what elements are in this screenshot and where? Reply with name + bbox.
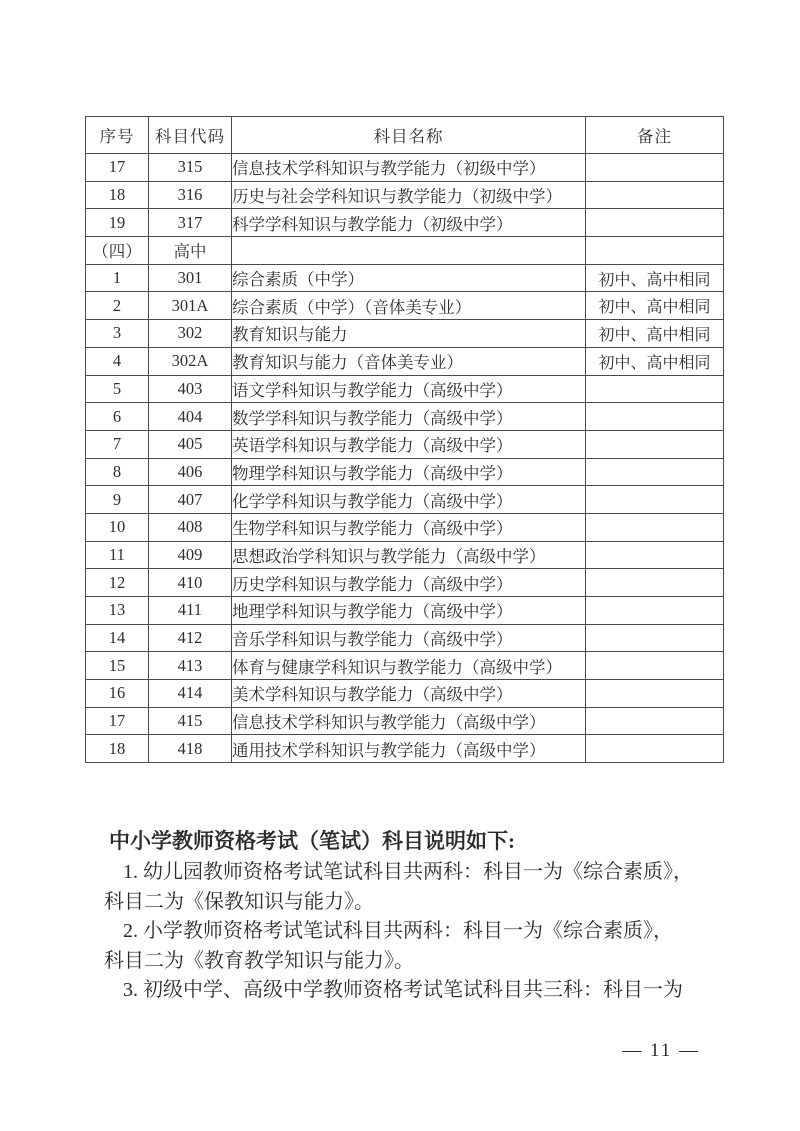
note-cell [586,707,724,735]
table-row: 19317科学学科知识与教学能力（初级中学） [86,209,724,237]
note-cell [586,403,724,431]
note-cell: 初中、高中相同 [586,347,724,375]
name-cell: 物理学科知识与教学能力（高级中学） [232,458,586,486]
seq-cell: 18 [86,181,149,209]
table-row: 7405英语学科知识与教学能力（高级中学） [86,430,724,458]
note-cell [586,375,724,403]
name-cell: 教育知识与能力（音体美专业） [232,347,586,375]
note-cell [586,652,724,680]
table-row: 1301综合素质（中学）初中、高中相同 [86,264,724,292]
name-cell: 音乐学科知识与教学能力（高级中学） [232,624,586,652]
note-line: 1. 幼儿园教师资格考试笔试科目共两科：科目一为《综合素质》， [100,858,725,888]
subject-table: 序号科目代码科目名称备注 17315信息技术学科知识与教学能力（初级中学）183… [85,116,724,763]
note-cell [586,513,724,541]
seq-cell: 15 [86,652,149,680]
table-row: 17315信息技术学科知识与教学能力（初级中学） [86,154,724,182]
note-cell [586,597,724,625]
code-cell: 302A [149,347,232,375]
seq-cell: 14 [86,624,149,652]
seq-cell: 6 [86,403,149,431]
table-row: 10408生物学科知识与教学能力（高级中学） [86,513,724,541]
seq-cell: 8 [86,458,149,486]
table-row: 5403语文学科知识与教学能力（高级中学） [86,375,724,403]
code-cell: 302 [149,320,232,348]
code-cell: 406 [149,458,232,486]
code-cell: 317 [149,209,232,237]
page-number: — 11 — [622,1040,700,1062]
code-cell: 403 [149,375,232,403]
table-row: 12410历史学科知识与教学能力（高级中学） [86,569,724,597]
table-row: 18418通用技术学科知识与教学能力（高级中学） [86,735,724,763]
name-cell: 通用技术学科知识与教学能力（高级中学） [232,735,586,763]
subject-table-body: 17315信息技术学科知识与教学能力（初级中学）18316历史与社会学科知识与教… [86,154,724,763]
note-cell [586,154,724,182]
name-cell: 地理学科知识与教学能力（高级中学） [232,597,586,625]
name-cell: 信息技术学科知识与教学能力（初级中学） [232,154,586,182]
note-cell [586,486,724,514]
code-cell: 410 [149,569,232,597]
table-row: 14412音乐学科知识与教学能力（高级中学） [86,624,724,652]
note-cell [586,541,724,569]
note-cell: 初中、高中相同 [586,264,724,292]
name-cell: 综合素质（中学） [232,264,586,292]
code-cell: 高中 [149,237,232,265]
column-header: 科目名称 [232,117,586,154]
seq-cell: 2 [86,292,149,320]
code-cell: 301 [149,264,232,292]
name-cell: 英语学科知识与教学能力（高级中学） [232,430,586,458]
name-cell [232,237,586,265]
note-cell: 初中、高中相同 [586,292,724,320]
table-row: 13411地理学科知识与教学能力（高级中学） [86,597,724,625]
note-cell [586,181,724,209]
note-cell: 初中、高中相同 [586,320,724,348]
column-header: 备注 [586,117,724,154]
table-row: 17415信息技术学科知识与教学能力（高级中学） [86,707,724,735]
exam-notes-heading: 中小学教师资格考试（笔试）科目说明如下: [100,824,725,858]
seq-cell: 17 [86,707,149,735]
code-cell: 405 [149,430,232,458]
note-line: 2. 小学教师资格考试笔试科目共两科：科目一为《综合素质》， [100,917,725,947]
note-cell [586,624,724,652]
section-row: （四）高中 [86,237,724,265]
code-cell: 418 [149,735,232,763]
code-cell: 412 [149,624,232,652]
code-cell: 407 [149,486,232,514]
note-line: 3. 初级中学、高级中学教师资格考试笔试科目共三科：科目一为 [100,976,725,1006]
name-cell: 信息技术学科知识与教学能力（高级中学） [232,707,586,735]
table-row: 16414美术学科知识与教学能力（高级中学） [86,680,724,708]
name-cell: 科学学科知识与教学能力（初级中学） [232,209,586,237]
column-header: 序号 [86,117,149,154]
seq-cell: 12 [86,569,149,597]
note-line: 科目二为《教育教学知识与能力》。 [100,947,725,977]
table-row: 4302A教育知识与能力（音体美专业）初中、高中相同 [86,347,724,375]
seq-cell: 4 [86,347,149,375]
seq-cell: （四） [86,237,149,265]
name-cell: 化学学科知识与教学能力（高级中学） [232,486,586,514]
seq-cell: 7 [86,430,149,458]
seq-cell: 13 [86,597,149,625]
table-row: 15413体育与健康学科知识与教学能力（高级中学） [86,652,724,680]
name-cell: 数学学科知识与教学能力（高级中学） [232,403,586,431]
name-cell: 体育与健康学科知识与教学能力（高级中学） [232,652,586,680]
name-cell: 历史学科知识与教学能力（高级中学） [232,569,586,597]
name-cell: 思想政治学科知识与教学能力（高级中学） [232,541,586,569]
code-cell: 411 [149,597,232,625]
seq-cell: 3 [86,320,149,348]
seq-cell: 9 [86,486,149,514]
note-cell [586,430,724,458]
name-cell: 生物学科知识与教学能力（高级中学） [232,513,586,541]
table-row: 11409思想政治学科知识与教学能力（高级中学） [86,541,724,569]
seq-cell: 19 [86,209,149,237]
table-row: 8406物理学科知识与教学能力（高级中学） [86,458,724,486]
table-row: 3302教育知识与能力初中、高中相同 [86,320,724,348]
subject-table-header: 序号科目代码科目名称备注 [86,117,724,154]
table-row: 9407化学学科知识与教学能力（高级中学） [86,486,724,514]
table-row: 2301A综合素质（中学）（音体美专业）初中、高中相同 [86,292,724,320]
note-cell [586,680,724,708]
seq-cell: 11 [86,541,149,569]
header-row: 序号科目代码科目名称备注 [86,117,724,154]
note-cell [586,458,724,486]
note-cell [586,237,724,265]
note-line: 科目二为《保教知识与能力》。 [100,888,725,918]
table-row: 18316历史与社会学科知识与教学能力（初级中学） [86,181,724,209]
seq-cell: 16 [86,680,149,708]
code-cell: 301A [149,292,232,320]
seq-cell: 10 [86,513,149,541]
note-cell [586,735,724,763]
seq-cell: 17 [86,154,149,182]
code-cell: 414 [149,680,232,708]
note-cell [586,209,724,237]
seq-cell: 1 [86,264,149,292]
name-cell: 美术学科知识与教学能力（高级中学） [232,680,586,708]
name-cell: 语文学科知识与教学能力（高级中学） [232,375,586,403]
code-cell: 413 [149,652,232,680]
seq-cell: 5 [86,375,149,403]
code-cell: 315 [149,154,232,182]
document-page: 序号科目代码科目名称备注 17315信息技术学科知识与教学能力（初级中学）183… [0,0,800,1131]
note-cell [586,569,724,597]
code-cell: 316 [149,181,232,209]
exam-notes-lines: 1. 幼儿园教师资格考试笔试科目共两科：科目一为《综合素质》，科目二为《保教知识… [100,858,725,1006]
code-cell: 408 [149,513,232,541]
name-cell: 教育知识与能力 [232,320,586,348]
seq-cell: 18 [86,735,149,763]
table-row: 6404数学学科知识与教学能力（高级中学） [86,403,724,431]
code-cell: 404 [149,403,232,431]
code-cell: 415 [149,707,232,735]
code-cell: 409 [149,541,232,569]
name-cell: 历史与社会学科知识与教学能力（初级中学） [232,181,586,209]
column-header: 科目代码 [149,117,232,154]
name-cell: 综合素质（中学）（音体美专业） [232,292,586,320]
exam-notes-section: 中小学教师资格考试（笔试）科目说明如下: 1. 幼儿园教师资格考试笔试科目共两科… [100,824,725,1006]
